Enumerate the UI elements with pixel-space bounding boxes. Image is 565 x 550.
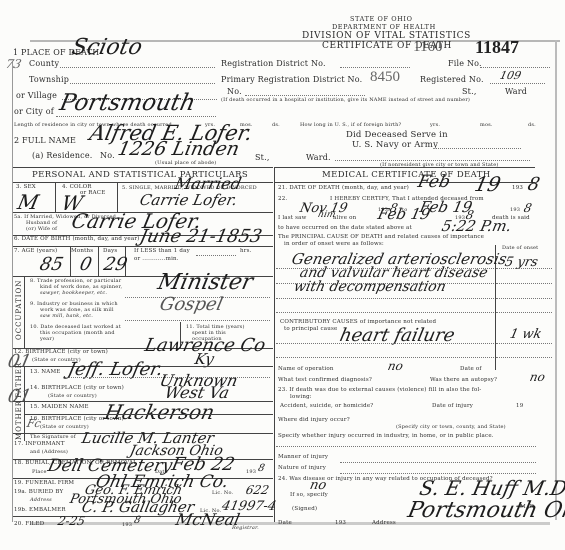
city-label: or City of — [14, 108, 54, 116]
registered-no-label: Registered No. — [420, 76, 484, 84]
death-certificate: STATE OF OHIO DEPARTMENT OF HEALTH DIVIS… — [0, 0, 565, 550]
industry-value: Gospel — [158, 296, 224, 314]
father-name-label: 13. NAME — [30, 370, 61, 376]
specify-whether-label: Specify whether injury occurred in indus… — [278, 434, 494, 440]
hrs-line — [196, 255, 236, 256]
occupation-side-divider — [24, 276, 25, 348]
date-of-death-year-label: 193 — [512, 186, 523, 192]
contributory-label-2: to principal cause — [284, 327, 337, 333]
external-causes-label-2: lowing: — [290, 395, 312, 401]
full-name-label: 2 FULL NAME — [14, 137, 76, 145]
city-value: Portsmouth — [58, 92, 198, 115]
state-heading: STATE OF OHIO — [350, 16, 413, 23]
navy-label-2: U. S. Navy or Army — [352, 141, 438, 150]
divider-medical-top — [275, 167, 535, 168]
time-of-death-value: 5:22 P.m. — [440, 219, 512, 234]
onset-line-3 — [496, 298, 552, 299]
physician-address: Portsmouth Ohio — [406, 500, 565, 522]
burial-year-value: 8 — [257, 464, 266, 474]
filed-year-label: 193 — [122, 523, 132, 528]
contributory-onset-line-1 — [496, 343, 552, 344]
autopsy-label: Was there an autopsy? — [430, 378, 497, 384]
funeral-address-label: Address — [30, 498, 52, 503]
burial-place-label: Place — [32, 470, 47, 475]
township-label: Township — [29, 76, 69, 84]
nature-line — [340, 473, 536, 474]
date-of-death-day: 19 — [473, 174, 503, 194]
father-birthplace-state-label: (State or country) — [48, 394, 97, 399]
principal-cause-3: with decompensation — [293, 280, 448, 294]
division-heading: DIVISION OF VITAL STATISTICS — [302, 32, 471, 41]
dob-value: June 21-1853 — [138, 228, 263, 246]
residence-days-label: ds. — [272, 123, 280, 128]
color-status-divider — [117, 182, 118, 212]
date-of-death-month: Feb — [416, 174, 451, 191]
registered-no-line — [490, 83, 545, 84]
alive-on-value: Feb 19 — [376, 207, 431, 222]
residence-ward-label: Ward. — [306, 154, 331, 162]
date-of-death-label: 21. DATE OF DEATH (month, day, and year) — [278, 186, 409, 192]
registered-no-value: 109 — [499, 70, 522, 81]
occupation-related-value: no — [309, 479, 328, 492]
birthplace-state-value: Ky — [193, 352, 215, 367]
age-days-value: 29 — [102, 256, 129, 274]
primary-registration-label: Primary Registration District No. — [221, 76, 362, 84]
foreign-birth-label: How long in U. S., if of foreign birth? — [300, 123, 401, 128]
specify-city-note: (Specify city or town, county, and State… — [396, 425, 506, 430]
registration-district-line — [340, 67, 410, 68]
injury-line — [276, 446, 536, 447]
contributory-line-1 — [276, 343, 494, 344]
registrar-label: Registrar. — [232, 526, 259, 531]
ward-label: Ward — [505, 88, 527, 96]
contributory-onset-line-2 — [496, 357, 552, 358]
nature-label: Nature of injury — [278, 466, 326, 472]
dob-label: 6. DATE OF BIRTH (month, day, and year) — [14, 237, 140, 243]
no-line — [245, 95, 365, 96]
county-value: Scioto — [70, 37, 144, 59]
township-line — [70, 83, 215, 84]
manner-line — [340, 462, 536, 463]
file-no-label: File No. — [448, 60, 482, 68]
margin-fc: Fc — [26, 418, 42, 429]
operation-label: Name of operation — [278, 367, 334, 373]
physician-signature: S. E. Huff M.D. — [418, 478, 565, 498]
no-label: No. — [227, 88, 242, 96]
county-line — [60, 67, 215, 68]
center-divider — [274, 167, 275, 522]
navy-line — [436, 148, 521, 149]
external-causes-label-1: 23. If death was due to external causes … — [278, 388, 482, 394]
right-edge-line — [555, 40, 557, 520]
cause-label-2: in order of onset were as follows: — [284, 242, 384, 248]
onset-line-1 — [496, 268, 552, 269]
if-so-label: If so, specify — [290, 493, 328, 499]
burial-year-label: 193 — [246, 470, 256, 475]
contributory-line-2 — [276, 357, 494, 358]
foreign-days-label: ds. — [528, 123, 536, 128]
age-years-value: 85 — [38, 256, 65, 274]
onset-line-4 — [496, 312, 552, 313]
divider-maiden — [25, 414, 273, 415]
certify-number: 22. — [278, 197, 287, 203]
filed-date-value: 2-25 — [57, 515, 87, 527]
occurred-at-label: to have occurred on the date stated abov… — [278, 226, 412, 232]
residence-value: 1226 Linden — [116, 140, 241, 159]
cause-label-1: The PRINCIPAL CAUSE OF DEATH and related… — [278, 235, 484, 241]
embalmer-label: 19b. EMBALMER — [14, 508, 66, 514]
usual-place-note: (Usual place of abode) — [155, 161, 216, 166]
onset-line-2 — [496, 283, 552, 284]
filed-label: 20. FILED — [14, 522, 44, 528]
county-label: County — [29, 60, 59, 68]
hrs-label: hrs. — [240, 249, 252, 255]
mother-birthplace-label: 16. BIRTHPLACE (city or town) — [30, 417, 124, 423]
residence-label: (a) Residence. — [32, 152, 93, 160]
date-of-death-year-value: 8 — [526, 176, 541, 194]
buried-by-lic-value: 622 — [245, 484, 270, 496]
mother-birthplace-state-label: (State or country) — [40, 425, 89, 430]
test-confirmed-label: What test confirmed diagnosis? — [278, 378, 372, 384]
father-birthplace-state-value: West Va — [163, 385, 230, 401]
age-days-divider — [98, 246, 99, 276]
maiden-name-label: 15. MAIDEN NAME — [30, 405, 89, 411]
residence-st-label: St., — [255, 154, 270, 162]
foreign-months-label: mos. — [480, 123, 493, 128]
industry-label-3: saw mill, bank, etc. — [40, 314, 93, 319]
accident-label: Accident, suicide, or homicide? — [280, 404, 373, 410]
date-of-label: Date of — [460, 367, 482, 373]
less-than-day-label: If LESS than 1 day — [134, 249, 190, 255]
informant-label-3: and (Address) — [30, 450, 68, 455]
file-number: 11847 — [475, 38, 519, 56]
divider-dob-row — [13, 246, 273, 247]
village-label: or Village — [16, 92, 57, 100]
cause-line-4 — [276, 312, 494, 313]
city-line — [56, 116, 216, 117]
buried-by-lic-label: Lic. No. — [212, 491, 233, 496]
signed-year-label: 193 — [335, 521, 346, 527]
occupation-side-label: OCCUPATION — [15, 280, 23, 340]
sex-color-divider — [55, 182, 56, 212]
registration-district-label: Registration District No. — [221, 60, 326, 68]
contributory-onset: 1 wk — [509, 328, 543, 341]
signed-date-label: Date — [278, 521, 292, 527]
industry-line — [125, 320, 270, 321]
age-months-value: 0 — [78, 256, 93, 274]
stamp-number: 1160 — [413, 40, 442, 55]
attended-to-year-label: 193 — [510, 208, 520, 213]
attended-to-year-value: 8 — [523, 202, 533, 214]
operation-value: no — [387, 360, 405, 372]
father-birthplace-label: 14. BIRTHPLACE (city or town) — [30, 386, 124, 392]
signed-label: (Signed) — [292, 507, 317, 513]
spouse-overwrite: Carrie Lofer. — [138, 193, 238, 208]
margin-number: 73 — [5, 58, 23, 70]
alive-on-label: alive on — [333, 216, 356, 222]
medical-section-title: MEDICAL CERTIFICATE OF DEATH — [322, 171, 491, 180]
foreign-years-label: yrs. — [430, 123, 440, 128]
navy-label-1: Did Deceased Serve in — [346, 131, 448, 140]
left-margin-line — [12, 62, 13, 522]
injury-date-label: Date of injury — [432, 404, 473, 410]
nonresident-line — [335, 160, 530, 161]
divider-personal-top — [13, 167, 273, 168]
manner-label: Manner of injury — [278, 455, 328, 461]
marital-status-value: Married — [173, 176, 242, 192]
trade-value: Minister — [156, 272, 255, 294]
primary-registration-value: 8450 — [370, 70, 400, 85]
principal-cause-2: and valvular heart disease — [299, 266, 490, 280]
st-label: St., — [462, 88, 477, 96]
min-label: or ............min. — [134, 257, 179, 263]
age-months-divider — [70, 246, 71, 276]
last-saw-label: I last saw — [278, 216, 307, 222]
hospital-note: (If death occurred in a hospital or inst… — [221, 98, 470, 103]
funeral-firm-label: 19. FUNERAL FIRM — [14, 481, 74, 487]
trade-label-3: sawyer, bookkeeper, etc. — [40, 291, 107, 296]
informant-label-1: The Signature of — [30, 435, 76, 440]
buried-by-label: 19a. BURIED BY — [14, 490, 63, 496]
injury-year-label: 19 — [516, 404, 523, 410]
residence-no-label: No. — [100, 152, 115, 160]
address-label: Address — [372, 521, 396, 527]
where-injury-label: Where did injury occur? — [278, 418, 350, 424]
spouse-label-3: (or) Wife of — [26, 227, 57, 232]
cause-line-3 — [276, 298, 494, 299]
department-heading: DEPARTMENT OF HEALTH — [332, 24, 436, 31]
last-worked-label-3: year) — [40, 337, 54, 342]
informant-label-2: 17. INFORMANT — [14, 442, 65, 448]
file-no-line — [480, 67, 550, 68]
sex-value: M — [16, 192, 41, 212]
autopsy-value: no — [529, 371, 547, 383]
mother-side-divider — [24, 401, 25, 441]
